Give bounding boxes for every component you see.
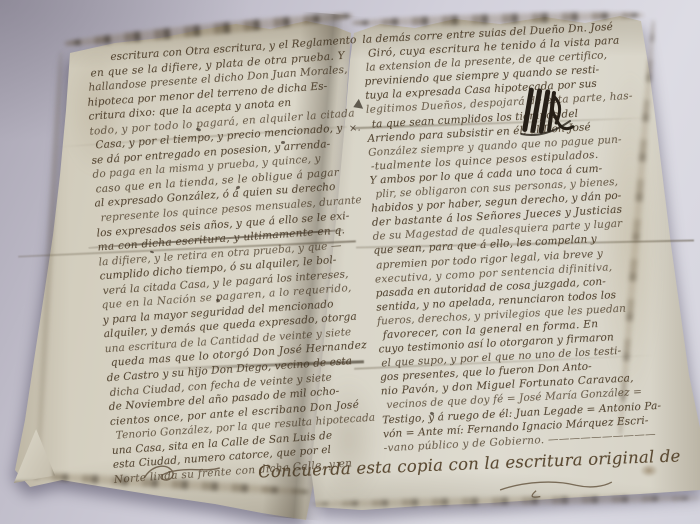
photo-background: escritura con Otra escritura, y el Regla… (0, 0, 700, 524)
scribble-flourish-icon (137, 458, 224, 488)
notary-rubric-icon (508, 75, 587, 140)
